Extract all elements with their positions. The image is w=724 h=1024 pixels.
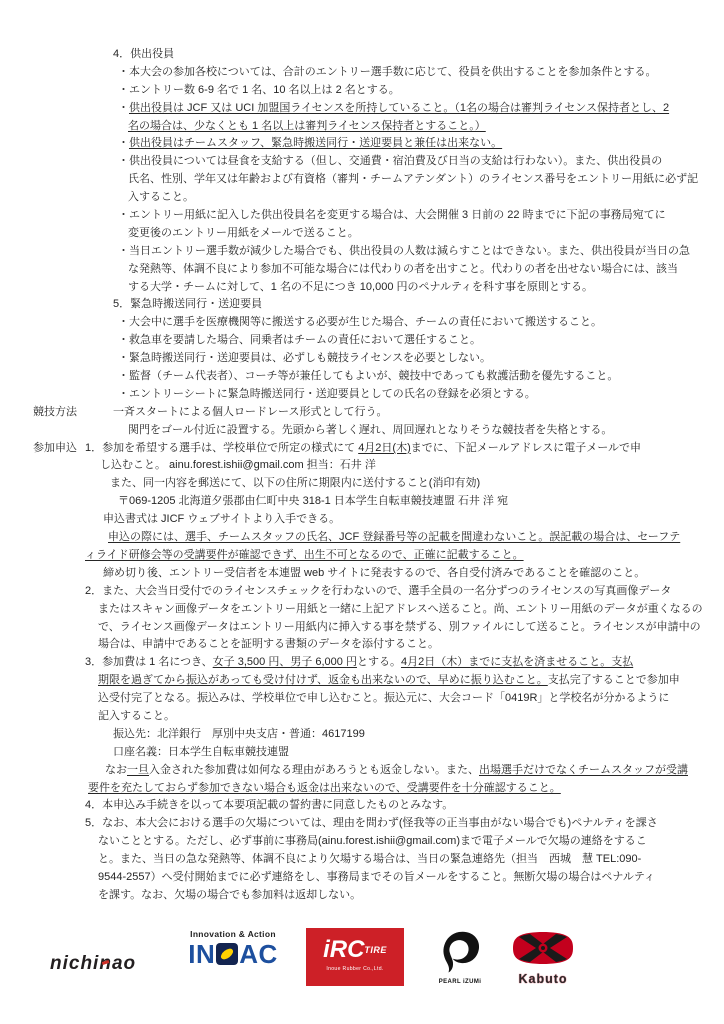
- document-text-segment: 申込の際には、選手、チームスタッフの氏名、JCF 登録番号等の記載を間違わないこ…: [108, 531, 680, 543]
- document-text-segment: 要件を充たしておらず参加できない場合も返金は出来ないので、受講要件を十分確認する…: [88, 782, 561, 794]
- document-text-segment: 9544-2557）へ受付開始までに必ず連絡をし、事務局までその旨メールをするこ…: [98, 871, 655, 883]
- document-text-segment: 3．参加費は 1 名につき、: [85, 656, 213, 668]
- document-line: ・供出役員については昼食を支給する（但し、交通費・宿泊費及び日当の支給は行わない…: [0, 153, 724, 171]
- document-text-segment: 4月2日（木）までに支払を済ませること。支払: [401, 656, 633, 668]
- inoac-o-mark-icon: [216, 943, 238, 965]
- document-text-segment: 5．緊急時搬送同行・送迎要員: [113, 298, 262, 310]
- document-text-segment: 記入すること。: [98, 710, 175, 722]
- document-text-segment: ・エントリーシートに緊急時搬送同行・送迎要員としての氏名の登録を必須とする。: [118, 388, 536, 400]
- nichinao-logo-text: nichinao: [50, 953, 136, 974]
- document-page: { "page": {"background": "#ffffff", "tex…: [0, 0, 724, 1024]
- document-text-segment: 名の場合は、少なくとも 1 名以上は審判ライセンス保持者とすること。）: [128, 120, 486, 132]
- document-line: を課す。なお、欠場の場合でも参加料は返却しない。: [0, 887, 724, 905]
- document-text-segment: 入金された参加費は如何なる理由があろうとも返金しない。また、: [149, 764, 479, 776]
- document-text-segment: 口座名義：日本学生自転車競技連盟: [113, 746, 289, 758]
- document-text-segment: ・本大会の参加各校については、合計のエントリー選手数に応じて、役員を供出すること…: [118, 66, 657, 78]
- pearl-izumi-logo: PEARL iZUMi: [433, 929, 487, 985]
- document-line: 氏名、性別、学年又は年齢および有資格（審判・チームアテンダント）のライセンス番号…: [0, 171, 724, 189]
- document-line: また、同一内容を郵送にて、以下の住所に期限内に送付すること(消印有効): [0, 475, 724, 493]
- document-text-segment: と。また、当日の急な発熱等、体調不良により欠場する場合は、当日の緊急連絡先（担当…: [98, 853, 641, 865]
- kabuto-logo: Kabuto: [508, 931, 578, 986]
- kabuto-emblem-icon: [512, 931, 574, 965]
- document-text-segment: 〒069-1205 北海道夕張郡由仁町中央 318-1 日本学生自転車競技連盟 …: [118, 495, 508, 507]
- document-line: ・救急車を要請した場合、同乗者はチームの責任において選任すること。: [0, 332, 724, 350]
- document-text-segment: 4月2日(木): [358, 442, 411, 454]
- document-line: 要件を充たしておらず参加できない場合も返金は出来ないので、受講要件を十分確認する…: [0, 780, 724, 798]
- kabuto-logo-text: Kabuto: [508, 972, 578, 986]
- document-text-segment: 女子 3,500 円、男子 6,000 円: [213, 656, 357, 668]
- document-line: 3．参加費は 1 名につき、女子 3,500 円、男子 6,000 円とする。4…: [0, 654, 724, 672]
- document-text-segment: 変更後のエントリー用紙をメールで送ること。: [128, 227, 359, 239]
- side-label: 競技方法: [33, 404, 77, 422]
- document-line: 5．緊急時搬送同行・送迎要員: [0, 296, 724, 314]
- document-text-segment: ・エントリー数 6-9 名で 1 名、10 名以上は 2 名とする。: [118, 84, 400, 96]
- document-text-segment: を課す。なお、欠場の場合でも参加料は返却しない。: [98, 889, 361, 901]
- document-line: ・監督（チーム代表者）、コーチ等が兼任してもよいが、競技中であっても救護活動を優…: [0, 368, 724, 386]
- document-line: ・エントリーシートに緊急時搬送同行・送迎要員としての氏名の登録を必須とする。: [0, 386, 724, 404]
- document-body: 4．供出役員・本大会の参加各校については、合計のエントリー選手数に応じて、役員を…: [0, 46, 724, 905]
- document-line: で、ライセンス画像データはエントリー用紙内に挿入する事を禁ずる、別ファイルにして…: [0, 619, 724, 637]
- document-text-segment: ・: [118, 137, 129, 149]
- document-line: 込受付完了となる。振込みは、学校単位で申し込むこと。振込元に、大会コード「041…: [0, 690, 724, 708]
- document-text-segment: 4．供出役員: [113, 48, 174, 60]
- irc-company-text: Inoue Rubber Co.,Ltd.: [313, 966, 396, 971]
- document-text-segment: ・エントリー用紙に記入した供出役員名を変更する場合は、大会開催 3 日前の 22…: [118, 209, 666, 221]
- irc-name: iRC: [323, 936, 364, 963]
- document-text-segment: ・大会中に選手を医療機関等に搬送する必要が生じた場合、チームの責任において搬送す…: [118, 316, 602, 328]
- document-text-segment: 申込書式は JICF ウェブサイトより入手できる。: [103, 513, 340, 525]
- document-text-segment: ・: [118, 102, 129, 114]
- document-text-segment: ・当日エントリー選手数が減少した場合でも、供出役員の人数は減らすことはできない。…: [118, 245, 690, 257]
- document-text-segment: 支払完了することで参加申: [548, 674, 680, 686]
- document-line: 〒069-1205 北海道夕張郡由仁町中央 318-1 日本学生自転車競技連盟 …: [0, 493, 724, 511]
- document-line: 名の場合は、少なくとも 1 名以上は審判ライセンス保持者とすること。）: [0, 118, 724, 136]
- inoac-tagline: Innovation & Action: [179, 929, 287, 939]
- document-line: ないこととする。ただし、必ず事前に事務局(ainu.forest.ishii@g…: [0, 833, 724, 851]
- inoac-logo-text: IN AC: [179, 942, 287, 966]
- document-text-segment: 場合は、申請中であることを証明する書類のデータを添付すること。: [98, 638, 439, 650]
- document-text-segment: またはスキャン画像データをエントリー用紙と一緒に上記アドレスへ送ること。尚、エン…: [98, 603, 703, 615]
- document-text-segment: 期限を過ぎてから振込があっても受け付けず、返金も出来ないので、早めに振り込むこと…: [98, 674, 548, 686]
- document-text-segment: ィライド研修会等の受講要件が確認できず、出生不可となるので、正確に記載すること。: [85, 549, 524, 561]
- document-text-segment: な発熱等、体調不良により参加不可能な場合には代わりの者を出すこと。代わりの者を出…: [128, 263, 678, 275]
- document-text-segment: 一旦: [127, 764, 149, 776]
- document-line: し込むこと。 ainu.forest.ishii@gmail.com 担当：石井…: [0, 457, 724, 475]
- inoac-text-right: AC: [239, 942, 278, 966]
- document-line: な発熱等、体調不良により参加不可能な場合には代わりの者を出すこと。代わりの者を出…: [0, 261, 724, 279]
- document-line: 口座名義：日本学生自転車競技連盟: [0, 744, 724, 762]
- document-line: する大学・チームに対して、1 名の不足につき 10,000 円のペナルティを科す…: [0, 279, 724, 297]
- document-line: 申込書式は JICF ウェブサイトより入手できる。: [0, 511, 724, 529]
- document-text-segment: ・救急車を要請した場合、同乗者はチームの責任において選任すること。: [118, 334, 481, 346]
- document-line: 期限を過ぎてから振込があっても受け付けず、返金も出来ないので、早めに振り込むこと…: [0, 672, 724, 690]
- document-text-segment: 供出役員は JCF 又は UCI 加盟国ライセンスを所持していること。（1名の場…: [129, 102, 669, 114]
- pearl-izumi-logo-text: PEARL iZUMi: [433, 979, 487, 985]
- document-line: 2．また、大会当日受付でのライセンスチェックを行わないので、選手全員の一名分ずつ…: [0, 583, 724, 601]
- document-line: なお一旦入金された参加費は如何なる理由があろうとも返金しない。また、出場選手だけ…: [0, 762, 724, 780]
- document-line: ・供出役員はチームスタッフ、緊急時搬送同行・送迎要員と兼任は出来ない。: [0, 135, 724, 153]
- document-text-segment: 振込先：北洋銀行 厚別中央支店・普通：4617199: [113, 728, 365, 740]
- document-line: 申込の際には、選手、チームスタッフの氏名、JCF 登録番号等の記載を間違わないこ…: [0, 529, 724, 547]
- document-line: ・本大会の参加各校については、合計のエントリー選手数に応じて、役員を供出すること…: [0, 64, 724, 82]
- irc-logo-text: iRCTIRE: [306, 935, 404, 965]
- document-text-segment: 2．また、大会当日受付でのライセンスチェックを行わないので、選手全員の一名分ずつ…: [85, 585, 671, 597]
- document-text-segment: 込受付完了となる。振込みは、学校単位で申し込むこと。振込元に、大会コード「041…: [98, 692, 669, 704]
- document-line: ・エントリー用紙に記入した供出役員名を変更する場合は、大会開催 3 日前の 22…: [0, 207, 724, 225]
- document-text-segment: 1．参加を希望する選手は、学校単位で所定の様式にて: [85, 442, 358, 454]
- nichinao-logo: nichinao: [50, 953, 136, 975]
- document-text-segment: 入すること。: [128, 191, 194, 203]
- irc-tire-text: TIRE: [364, 945, 387, 955]
- document-line: 9544-2557）へ受付開始までに必ず連絡をし、事務局までその旨メールをするこ…: [0, 869, 724, 887]
- document-text-segment: また、同一内容を郵送にて、以下の住所に期限内に送付すること(消印有効): [110, 477, 480, 489]
- pearl-izumi-mark-icon: [438, 929, 482, 973]
- document-text-segment: ・供出役員については昼食を支給する（但し、交通費・宿泊費及び日当の支給は行わない…: [118, 155, 662, 167]
- document-text-segment: までに、下記メールアドレスに電子メールで申: [411, 442, 641, 454]
- document-line: 関門をゴール付近に設置する。先頭から著しく遅れ、周回遅れとなりそうな競技者を失格…: [0, 422, 724, 440]
- document-line: ・当日エントリー選手数が減少した場合でも、供出役員の人数は減らすことはできない。…: [0, 243, 724, 261]
- document-line: 4．本申込み手続きを以って本要項記載の誓約書に同意したものとみなす。: [0, 797, 724, 815]
- document-text-segment: 5．なお、本大会における選手の欠場については、理由を問わず(怪我等の正当事由がな…: [85, 817, 658, 829]
- document-line: 記入すること。: [0, 708, 724, 726]
- document-line: ・エントリー数 6-9 名で 1 名、10 名以上は 2 名とする。: [0, 82, 724, 100]
- document-line: 一斉スタートによる個人ロードレース形式として行う。: [0, 404, 724, 422]
- document-line: ・緊急時搬送同行・送迎要員は、必ずしも競技ライセンスを必要としない。: [0, 350, 724, 368]
- document-text-segment: とする。: [357, 656, 401, 668]
- document-text-segment: 関門をゴール付近に設置する。先頭から著しく遅れ、周回遅れとなりそうな競技者を失格…: [128, 424, 612, 436]
- document-text-segment: で、ライセンス画像データはエントリー用紙内に挿入する事を禁ずる、別ファイルにして…: [98, 621, 701, 633]
- document-text-segment: ・緊急時搬送同行・送迎要員は、必ずしも競技ライセンスを必要としない。: [118, 352, 491, 364]
- document-line: 5．なお、本大会における選手の欠場については、理由を問わず(怪我等の正当事由がな…: [0, 815, 724, 833]
- document-line: ・大会中に選手を医療機関等に搬送する必要が生じた場合、チームの責任において搬送す…: [0, 314, 724, 332]
- document-line: またはスキャン画像データをエントリー用紙と一緒に上記アドレスへ送ること。尚、エン…: [0, 601, 724, 619]
- document-line: ィライド研修会等の受講要件が確認できず、出生不可となるので、正確に記載すること。: [0, 547, 724, 565]
- document-line: 場合は、申請中であることを証明する書類のデータを添付すること。: [0, 636, 724, 654]
- document-text-segment: 供出役員はチームスタッフ、緊急時搬送同行・送迎要員と兼任は出来ない。: [129, 137, 502, 149]
- document-text-segment: 出場選手だけでなくチームスタッフが受講: [479, 764, 688, 776]
- document-text-segment: 氏名、性別、学年又は年齢および有資格（審判・チームアテンダント）のライセンス番号…: [128, 173, 698, 185]
- irc-tire-logo: iRCTIRE Inoue Rubber Co.,Ltd.: [306, 928, 404, 986]
- document-line: と。また、当日の急な発熱等、体調不良により欠場する場合は、当日の緊急連絡先（担当…: [0, 851, 724, 869]
- side-label: 参加申込: [33, 440, 77, 458]
- inoac-text-left: IN: [188, 942, 215, 966]
- document-line: 4．供出役員: [0, 46, 724, 64]
- document-text-segment: する大学・チームに対して、1 名の不足につき 10,000 円のペナルティを科す…: [128, 281, 593, 293]
- document-text-segment: ・監督（チーム代表者）、コーチ等が兼任してもよいが、競技中であっても救護活動を優…: [118, 370, 618, 382]
- document-line: 締め切り後、エントリー受信者を本連盟 web サイトに発表するので、各自受付済み…: [0, 565, 724, 583]
- document-text-segment: ないこととする。ただし、必ず事前に事務局(ainu.forest.ishii@g…: [98, 835, 647, 847]
- document-line: 変更後のエントリー用紙をメールで送ること。: [0, 225, 724, 243]
- document-text-segment: なお: [105, 764, 127, 776]
- document-text-segment: し込むこと。 ainu.forest.ishii@gmail.com 担当：石井…: [100, 459, 376, 471]
- document-line: 振込先：北洋銀行 厚別中央支店・普通：4617199: [0, 726, 724, 744]
- inoac-logo: Innovation & Action IN AC: [179, 929, 287, 966]
- document-text-segment: 一斉スタートによる個人ロードレース形式として行う。: [113, 406, 387, 418]
- document-line: ・供出役員は JCF 又は UCI 加盟国ライセンスを所持していること。（1名の…: [0, 100, 724, 118]
- document-line: 入すること。: [0, 189, 724, 207]
- document-text-segment: 4．本申込み手続きを以って本要項記載の誓約書に同意したものとみなす。: [85, 799, 453, 811]
- document-line: 1．参加を希望する選手は、学校単位で所定の様式にて 4月2日(木)までに、下記メ…: [0, 440, 724, 458]
- document-text-segment: 締め切り後、エントリー受信者を本連盟 web サイトに発表するので、各自受付済み…: [103, 567, 645, 579]
